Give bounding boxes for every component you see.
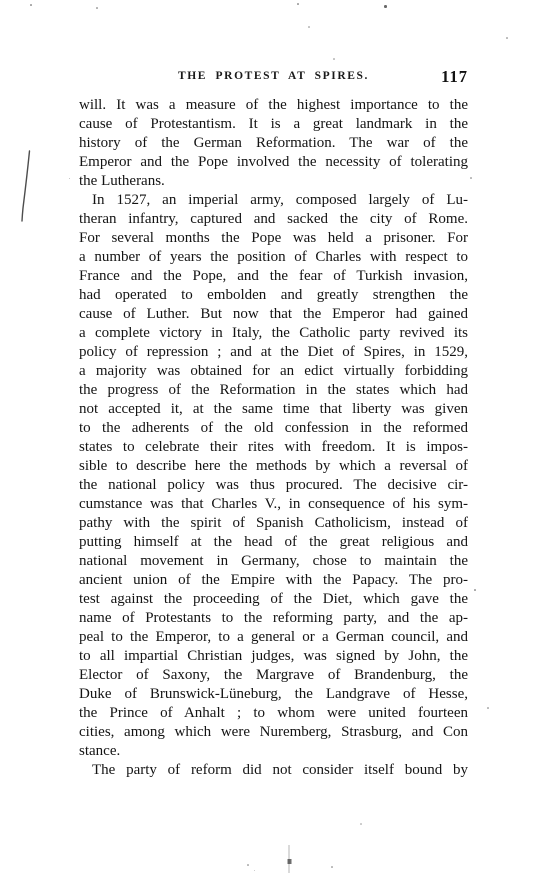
paragraph: The party of reform did not consider its… xyxy=(79,761,468,780)
text-line: will. It was a measure of the highest im… xyxy=(79,96,468,115)
text-line: The party of reform did not consider its… xyxy=(79,761,468,780)
text-line: Emperor and the Pope involved the necess… xyxy=(79,153,468,172)
paragraph: will. It was a measure of the highest im… xyxy=(79,96,468,191)
paper-speck xyxy=(297,3,299,5)
paper-speck xyxy=(487,707,489,709)
text-line: ancient union of the Empire with the Pap… xyxy=(79,571,468,590)
text-line: For several months the Pope was held a p… xyxy=(79,229,468,248)
running-head-title: THE PROTEST AT SPIRES. xyxy=(79,70,468,82)
text-line: a number of years the position of Charle… xyxy=(79,248,468,267)
text-line: states to celebrate their rites with fre… xyxy=(79,438,468,457)
margin-pen-stroke-icon xyxy=(16,146,34,226)
paper-speck xyxy=(474,589,476,591)
bottom-press-mark-icon xyxy=(283,843,295,873)
text-line: had operated to embolden and greatly str… xyxy=(79,286,468,305)
paper-speck xyxy=(333,58,335,60)
paper-speck xyxy=(96,7,98,9)
text-line: stance. xyxy=(79,742,468,761)
text-line: cause of Luther. But now that the Empero… xyxy=(79,305,468,324)
text-line: to all impartial Christian judges, was s… xyxy=(79,647,468,666)
paper-speck xyxy=(247,864,249,866)
paragraph: In 1527, an imperial army, composed larg… xyxy=(79,191,468,761)
paper-speck xyxy=(69,178,70,179)
text-line: name of Protestants to the reforming par… xyxy=(79,609,468,628)
text-line: sible to describe here the methods by wh… xyxy=(79,457,468,476)
text-line: France and the Pope, and the fear of Tur… xyxy=(79,267,468,286)
text-line: putting himself at the head of the great… xyxy=(79,533,468,552)
paper-speck xyxy=(506,37,508,39)
paper-speck xyxy=(360,823,362,825)
text-line: not accepted it, at the same time that l… xyxy=(79,400,468,419)
text-line: national movement in Germany, chose to m… xyxy=(79,552,468,571)
text-line: a majority was obtained for an edict vir… xyxy=(79,362,468,381)
text-line: cause of Protestantism. It is a great la… xyxy=(79,115,468,134)
text-line: the national policy was thus procured. T… xyxy=(79,476,468,495)
text-line: to the adherents of the old confession i… xyxy=(79,419,468,438)
paper-speck xyxy=(384,5,387,8)
paper-speck xyxy=(331,866,333,868)
paper-speck xyxy=(254,870,255,871)
paper-speck xyxy=(470,177,472,179)
running-head: THE PROTEST AT SPIRES. 117 xyxy=(79,70,468,88)
text-line: pathy with the spirit of Spanish Catholi… xyxy=(79,514,468,533)
text-line: policy of repression ; and at the Diet o… xyxy=(79,343,468,362)
text-line: the progress of the Reformation in the s… xyxy=(79,381,468,400)
paper-speck xyxy=(308,26,310,28)
text-line: Elector of Saxony, the Margrave of Brand… xyxy=(79,666,468,685)
paper-speck xyxy=(30,4,32,6)
text-line: test against the proceeding of the Diet,… xyxy=(79,590,468,609)
page-number: 117 xyxy=(441,67,468,87)
text-line: cities, among which were Nuremberg, Stra… xyxy=(79,723,468,742)
text-block: will. It was a measure of the highest im… xyxy=(79,96,468,780)
text-line: theran infantry, captured and sacked the… xyxy=(79,210,468,229)
text-line: peal to the Emperor, to a general or a G… xyxy=(79,628,468,647)
text-line: the Lutherans. xyxy=(79,172,468,191)
text-line: Duke of Brunswick-Lüneburg, the Landgrav… xyxy=(79,685,468,704)
text-line: cumstance was that Charles V., in conseq… xyxy=(79,495,468,514)
book-page: THE PROTEST AT SPIRES. 117 will. It was … xyxy=(0,0,556,873)
text-line: In 1527, an imperial army, composed larg… xyxy=(79,191,468,210)
text-line: the Prince of Anhalt ; to whom were unit… xyxy=(79,704,468,723)
text-line: a complete victory in Italy, the Catholi… xyxy=(79,324,468,343)
text-line: history of the German Reformation. The w… xyxy=(79,134,468,153)
